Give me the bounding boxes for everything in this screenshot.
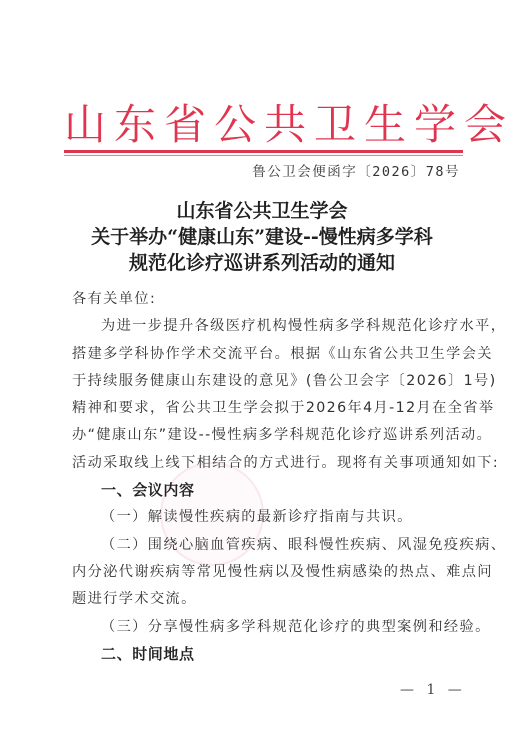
section-heading-time-location: 二、时间地点 xyxy=(72,641,456,668)
notice-title-line-1: 山东省公共卫生学会 xyxy=(0,198,524,224)
notice-title-line-3: 规范化诊疗巡讲系列活动的通知 xyxy=(0,250,524,276)
letterhead-organization: 山东省公共卫生学会 xyxy=(64,100,464,150)
intro-line: 活动采取线上线下相结合的方式进行。现将有关事项通知如下: xyxy=(72,450,456,477)
section-item-continued: 题进行学术交流。 xyxy=(72,586,456,613)
intro-line: 于持续服务健康山东建设的意见》(鲁公卫会字〔2026〕1号) xyxy=(72,368,456,395)
intro-line: 搭建多学科协作学术交流平台。根据《山东省公共卫生学会关 xyxy=(72,341,456,368)
section-item: （二）围绕心脑血管疾病、眼科慢性疾病、风湿免疫疾病、 xyxy=(72,532,456,559)
section-heading-meeting-content: 一、会议内容 xyxy=(72,477,456,504)
letterhead-red-rule xyxy=(64,150,463,153)
notice-body: 各有关单位: 为进一步提升各级医疗机构慢性病多学科规范化诊疗水平， 搭建多学科协… xyxy=(72,286,456,668)
intro-line: 精神和要求，省公共卫生学会拟于2026年4月-12月在全省举 xyxy=(72,395,456,422)
document-number: 鲁公卫会便函字〔2026〕78号 xyxy=(252,160,460,180)
document-page: 山东省公共卫生学会 鲁公卫会便函字〔2026〕78号 山东省公共卫生学会 关于举… xyxy=(0,0,524,747)
section-item: （一）解读慢性疾病的最新诊疗指南与共识。 xyxy=(72,504,456,531)
salutation: 各有关单位: xyxy=(72,286,456,313)
section-item: （三）分享慢性病多学科规范化诊疗的典型案例和经验。 xyxy=(72,614,456,641)
notice-title: 山东省公共卫生学会 关于举办“健康山东”建设--慢性病多学科 规范化诊疗巡讲系列… xyxy=(0,198,524,276)
section-item-continued: 内分泌代谢疾病等常见慢性病以及慢性病感染的热点、难点问 xyxy=(72,559,456,586)
notice-title-line-2: 关于举办“健康山东”建设--慢性病多学科 xyxy=(0,224,524,250)
intro-line: 办“健康山东”建设--慢性病多学科规范化诊疗巡讲系列活动。 xyxy=(72,422,456,449)
page-number: — 1 — xyxy=(400,682,466,698)
letterhead-red-rule-thin xyxy=(64,155,463,156)
intro-line: 为进一步提升各级医疗机构慢性病多学科规范化诊疗水平， xyxy=(72,313,456,340)
